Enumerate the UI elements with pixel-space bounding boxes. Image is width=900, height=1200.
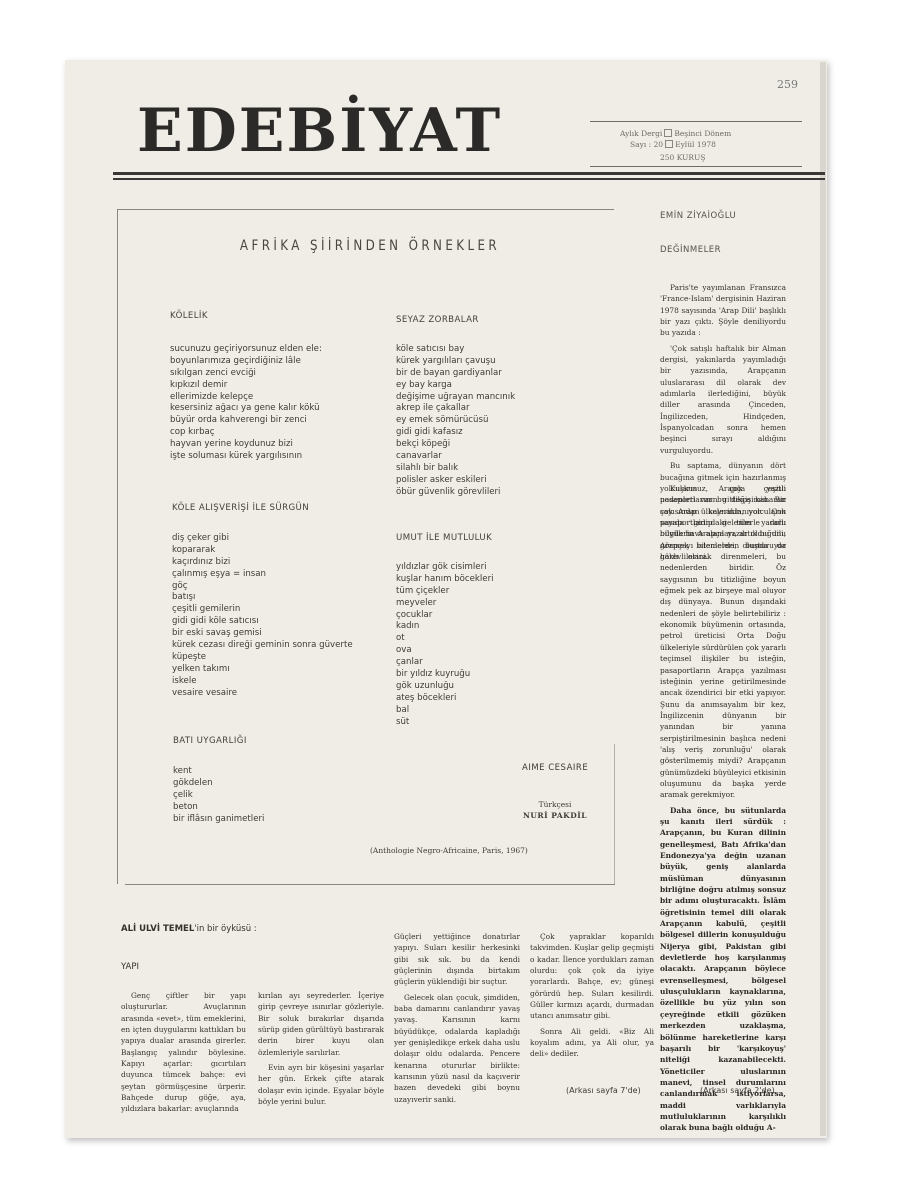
masthead-title: EDEBİYAT [137,96,502,166]
masthead-info-line1: Aylık DergiBeşinci Dönem [620,128,820,139]
masthead-info-line2: Sayı : 20Eylül 1978 [630,139,830,150]
poem-lines: köle satıcısı bay kürek yargılıları çavu… [396,344,515,499]
poet-name: AIME CESAIRE [522,763,588,773]
masthead-rule-top [113,172,825,175]
source-citation: (Anthologie Negro-Africaine, Paris, 1967… [370,846,528,855]
column-author: EMİN ZİYAİOĞLU [660,211,736,221]
poem-lines: yıldızlar gök cisimleri kuşlar hanım böc… [396,562,494,729]
page-number: 259 [777,78,798,91]
feature-frame-bottom [125,884,615,885]
poem-umut-ile-mutluluk: UMUT İLE MUTLULUK yıldızlar gök cisimler… [396,533,494,729]
poem-title: KÖLELİK [170,311,322,323]
masthead-info-rule-top [590,121,802,122]
column-body-middle: Kuşkusuz, çok çeşitli nedenleri var bu d… [660,483,786,1134]
poem-title: BATI UYGARLIĞI [173,736,264,748]
square-bullet-icon [665,140,673,148]
poem-lines: kent gökdelen çelik beton bir iflâsın ga… [173,766,264,826]
feature-frame-left [117,209,118,884]
poem-lines: sucunuzu geçiriyorsunuz elden ele: boyun… [170,344,322,463]
story-continued: (Arkası sayfa 7'de) [566,1086,641,1095]
poem-kolelik: KÖLELİK sucunuzu geçiriyorsunuz elden el… [170,311,322,463]
feature-frame-right [614,744,615,884]
column-title: DEĞİNMELER [660,245,721,255]
poem-bati-uygarligi: BATI UYGARLIĞI kent gökdelen çelik beton… [173,736,264,825]
translator-credit: Türkçesi NURİ PAKDİL [505,799,605,821]
feature-frame-top [117,209,614,210]
poem-title: KÖLE ALIŞVERİŞİ İLE SÜRGÜN [172,503,353,515]
story-author: ALİ ULVİ TEMEL [121,924,194,934]
square-bullet-icon [664,129,672,137]
story-title: YAPI [121,962,139,972]
story-column-1: Genç çiftler bir yapı oluştururlar. Avuç… [121,990,246,1115]
column-continued: (Arkası sayfa 2'de) [700,1086,775,1095]
poem-seyaz-zorbalar: SEYAZ ZORBALAR köle satıcısı bay kürek y… [396,315,515,499]
story-column-3: Güçleri yettiğince donatırlar yapıyı. Su… [394,931,520,1105]
feature-title: AFRİKA ŞİİRİNDEN ÖRNEKLER [158,238,583,254]
poem-title: UMUT İLE MUTLULUK [396,533,494,545]
masthead-info-rule-bottom [590,166,802,167]
poem-title: SEYAZ ZORBALAR [396,315,515,327]
story-column-2: kırılan ayı seyrederler. İçeriye girip ç… [258,990,384,1107]
masthead-rule-bottom [113,178,825,180]
poem-lines: diş çeker gibi kopararak kaçırdınız bizi… [172,533,353,700]
story-column-4: Çok yapraklar koparıldı takvimden. Kuşla… [530,931,654,1060]
page-edge [820,62,826,1136]
story-intro: ALİ ULVİ TEMEL'in bir öyküsü : [121,924,257,934]
masthead-price: 250 KURUŞ [660,152,860,163]
poem-kole-alisverisi: KÖLE ALIŞVERİŞİ İLE SÜRGÜN diş çeker gib… [172,503,353,700]
